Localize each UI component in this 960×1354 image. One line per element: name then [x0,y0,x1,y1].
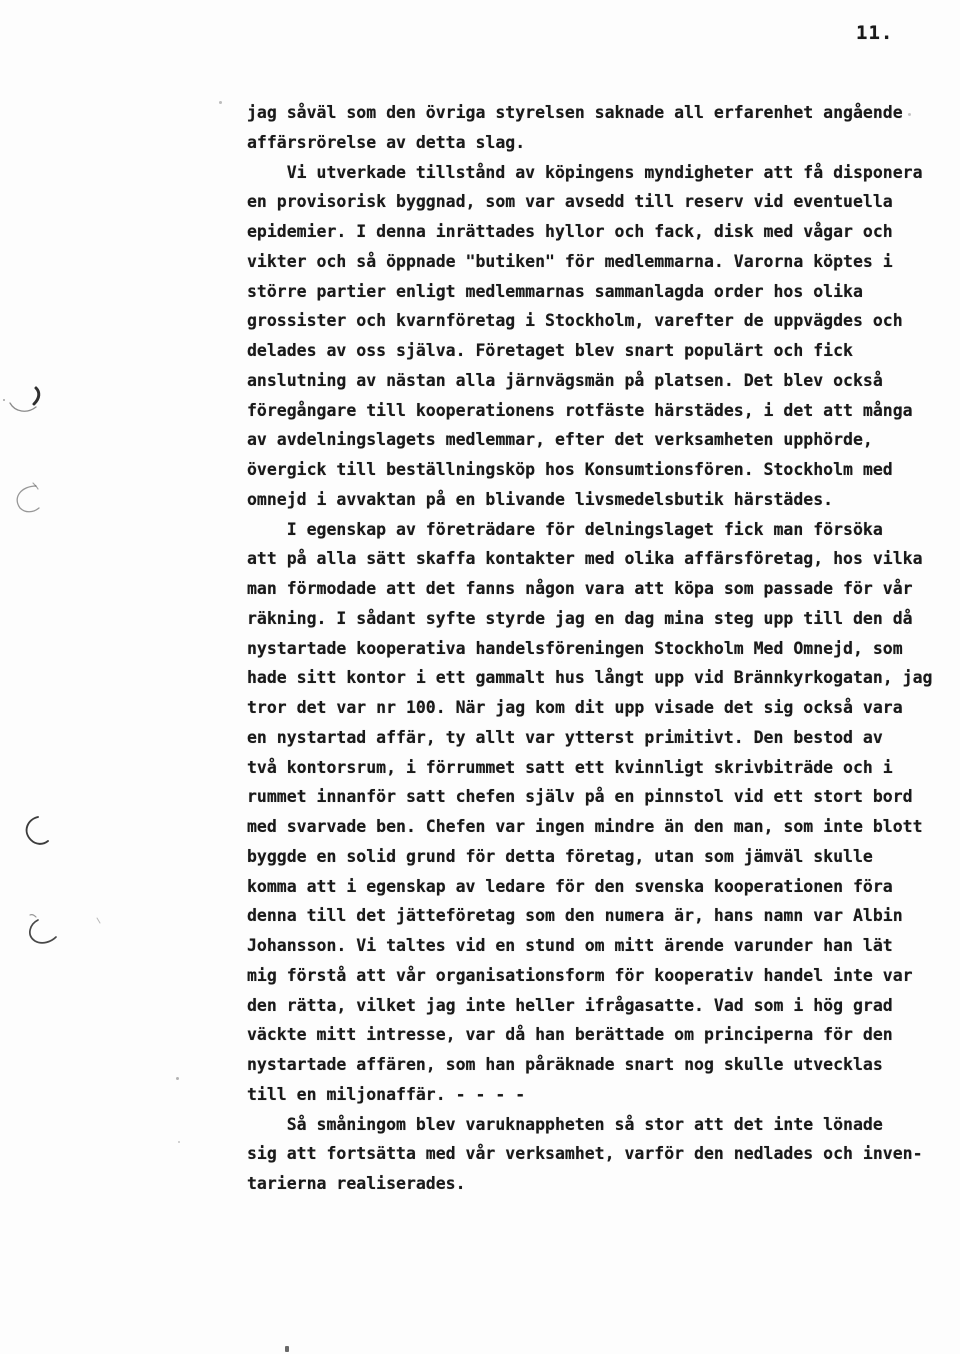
text-line: sig att fortsätta med vår verksamhet, va… [247,1139,942,1169]
text-line: en provisorisk byggnad, som var avsedd t… [247,187,942,217]
text-line: Vi utverkade tillstånd av köpingens mynd… [247,158,942,188]
text-line: av avdelningslagets medlemmar, efter det… [247,425,942,455]
pen-mark [17,483,39,512]
pen-mark [3,388,39,411]
scan-speck [908,113,911,116]
text-line: komma att i egenskap av ledare för den s… [247,872,942,902]
text-line: jag såväl som den övriga styrelsen sakna… [247,98,942,128]
text-line: rummet innanför satt chefen själv på en … [247,782,942,812]
text-line: I egenskap av företrädare för delningsla… [247,515,942,545]
text-line: affärsrörelse av detta slag. [247,128,942,158]
text-line: den rätta, vilket jag inte heller ifråga… [247,991,942,1021]
scan-speck [178,1141,180,1143]
text-line: Johansson. Vi taltes vid en stund om mit… [247,931,942,961]
text-line: större partier enligt medlemmarnas samma… [247,277,942,307]
text-line: nystartade affären, som han påräknade sn… [247,1050,942,1080]
text-line: byggde en solid grund för detta företag,… [247,842,942,872]
text-line: med svarvade ben. Chefen var ingen mindr… [247,812,942,842]
text-line: tror det var nr 100. När jag kom dit upp… [247,693,942,723]
text-line: en nystartad affär, ty allt var ytterst … [247,723,942,753]
text-line: föregångare till kooperationens rotfäste… [247,396,942,426]
text-line: till en miljonaffär. - - - - [247,1080,942,1110]
text-line: nystartade kooperativa handelsföreningen… [247,634,942,664]
scanned-document-page: 11. jag såväl som den övriga styrelsen s… [0,0,960,1354]
text-line: väckte mitt intresse, var då han berätta… [247,1020,942,1050]
text-line: att på alla sätt skaffa kontakter med ol… [247,544,942,574]
text-line: tarierna realiserades. [247,1169,942,1199]
text-line: Så småningom blev varuknappheten så stor… [247,1110,942,1140]
text-line: epidemier. I denna inrättades hyllor och… [247,217,942,247]
page-number: 11. [856,22,893,44]
pen-mark [27,817,48,844]
scan-speck [176,1077,179,1080]
text-line: övergick till beställningsköp hos Konsum… [247,455,942,485]
text-line: anslutning av nästan alla järnvägsmän på… [247,366,942,396]
text-line: delades av oss själva. Företaget blev sn… [247,336,942,366]
text-line: vikter och så öppnade "butiken" för medl… [247,247,942,277]
text-line: denna till det jätteföretag som den nume… [247,901,942,931]
text-line: två kontorsrum, i förrummet satt ett kvi… [247,753,942,783]
text-line: mig förstå att vår organisationsform för… [247,961,942,991]
text-line: man förmodade att det fanns någon vara a… [247,574,942,604]
typewritten-text-block: jag såväl som den övriga styrelsen sakna… [247,98,942,1199]
text-line: räkning. I sådant syfte styrde jag en da… [247,604,942,634]
scan-speck [285,1346,289,1352]
text-line: grossister och kvarnföretag i Stockholm,… [247,306,942,336]
text-line: hade sitt kontor i ett gammalt hus långt… [247,663,942,693]
text-line: omnejd i avvaktan på en blivande livsmed… [247,485,942,515]
scan-speck [219,101,222,104]
pen-mark [30,915,100,943]
